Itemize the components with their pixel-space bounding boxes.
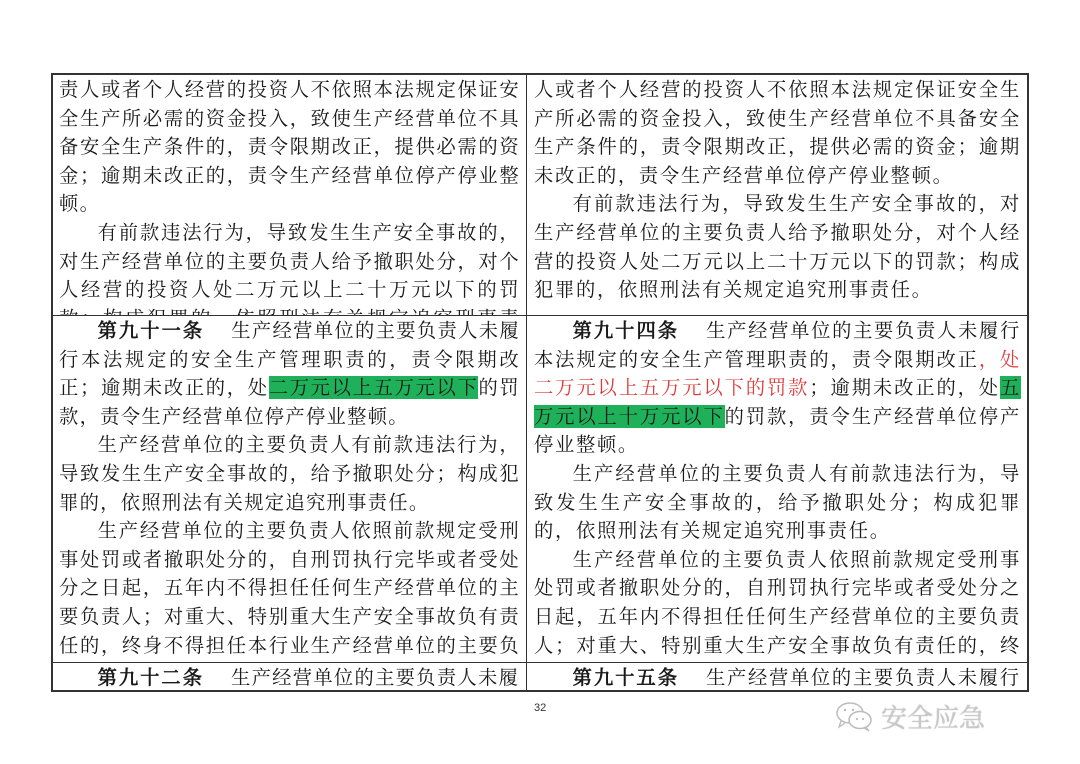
paragraph: 生产经营单位的主要负责人有前款违法行为，导致发生生产安全事故的，给予撤职处分；构… xyxy=(59,431,520,517)
paragraph: 人或者个人经营的投资人不依照本法规定保证安全生产所必需的资金投入，致使生产经营单… xyxy=(534,76,1021,190)
article-number: 第九十一条 xyxy=(98,319,205,342)
highlighted-fine-range: 二万元以上五万元以下 xyxy=(269,376,479,399)
paragraph: 生产经营单位的主要负责人有前款违法行为，导致发生生产安全事故的，给予撤职处分；构… xyxy=(534,460,1021,546)
watermark: 安全应急 xyxy=(835,698,985,735)
paragraph: 第九十四条生产经营单位的主要负责人未履行本法规定的安全生产管理职责的，责令限期改… xyxy=(534,317,1021,460)
new-law-article-94: 第九十四条生产经营单位的主要负责人未履行本法规定的安全生产管理职责的，责令限期改… xyxy=(527,315,1027,662)
paragraph: 有前款违法行为，导致发生生产安全事故的，对生产经营单位的主要负责人给予撤职处分，… xyxy=(59,219,520,315)
article-number: 第九十二条 xyxy=(98,666,204,689)
paragraph: 第九十二条生产经营单位的主要负责人未履 xyxy=(59,664,520,690)
text: 生产经营单位的主要负责人未履行 xyxy=(706,666,1021,689)
text: ；逾期未改正的，处 xyxy=(809,376,1000,399)
paragraph: 第九十一条生产经营单位的主要负责人未履行本法规定的安全生产管理职责的，责令限期改… xyxy=(59,317,520,431)
article-number: 第九十五条 xyxy=(573,666,679,689)
old-law-article-91: 第九十一条生产经营单位的主要负责人未履行本法规定的安全生产管理职责的，责令限期改… xyxy=(53,315,527,662)
article-number: 第九十四条 xyxy=(573,319,679,342)
wechat-icon xyxy=(835,700,875,734)
paragraph: 有前款违法行为，导致发生生产安全事故的，对生产经营单位的主要负责人给予撤职处分，… xyxy=(534,190,1021,304)
paragraph: 责人或者个人经营的投资人不依照本法规定保证安全生产所必需的资金投入，致使生产经营… xyxy=(59,76,520,219)
old-law-article-92: 第九十二条生产经营单位的主要负责人未履 xyxy=(53,662,527,690)
old-law-cell-continuation: 责人或者个人经营的投资人不依照本法规定保证安全生产所必需的资金投入，致使生产经营… xyxy=(53,75,527,315)
new-law-article-95: 第九十五条生产经营单位的主要负责人未履行 xyxy=(527,662,1027,690)
paragraph: 生产经营单位的主要负责人依照前款规定受刑事处罚或者撤职处分的，自刑罚执行完毕或者… xyxy=(534,546,1021,662)
page-number: 32 xyxy=(534,702,546,714)
text: 生产经营单位的主要负责人未履 xyxy=(231,666,519,689)
paragraph: 生产经营单位的主要负责人依照前款规定受刑事处罚或者撤职处分的，自刑罚执行完毕或者… xyxy=(59,517,520,662)
law-comparison-table: 责人或者个人经营的投资人不依照本法规定保证安全生产所必需的资金投入，致使生产经营… xyxy=(51,73,1029,692)
new-law-cell-continuation: 人或者个人经营的投资人不依照本法规定保证安全生产所必需的资金投入，致使生产经营单… xyxy=(527,75,1027,315)
paragraph: 第九十五条生产经营单位的主要负责人未履行 xyxy=(534,664,1021,690)
watermark-label: 安全应急 xyxy=(881,698,985,735)
